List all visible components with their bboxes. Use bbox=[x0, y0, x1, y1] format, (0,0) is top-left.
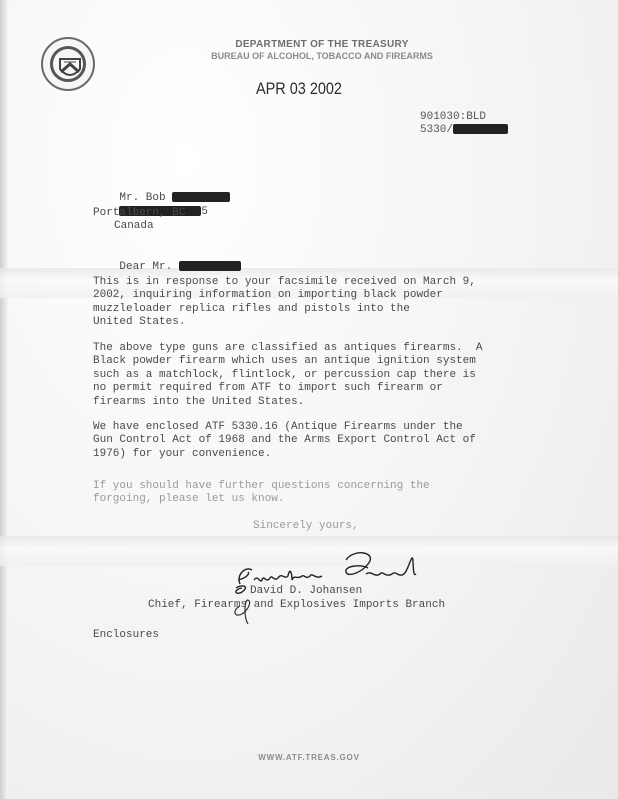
reference-file-prefix: 5330/ bbox=[420, 124, 453, 136]
recipient-city: Portalbern, BC bbox=[93, 207, 185, 219]
footer-url: WWW.ATF.TREAS.GOV bbox=[0, 753, 618, 762]
salutation-text: Dear Mr. bbox=[119, 261, 178, 273]
paragraph-classification: The above type guns are classified as an… bbox=[93, 342, 482, 409]
letter-page: DEPARTMENT OF THE TREASURY BUREAU OF ALC… bbox=[0, 0, 618, 799]
paragraph-response: This is in response to your facsimile re… bbox=[93, 276, 476, 330]
department-heading: DEPARTMENT OF THE TREASURY bbox=[0, 39, 618, 50]
recipient-country: Canada bbox=[114, 220, 154, 232]
date-stamp: APR 03 2002 bbox=[256, 79, 342, 99]
signer-title: Chief, Firearms and Explosives Imports B… bbox=[148, 599, 445, 611]
recipient-street-text: 5 bbox=[201, 206, 208, 218]
paragraph-further-questions: If you should have further questions con… bbox=[93, 480, 430, 507]
bureau-heading: BUREAU OF ALCOHOL, TOBACCO AND FIREARMS bbox=[0, 51, 618, 61]
enclosures-label: Enclosures bbox=[93, 629, 159, 641]
paragraph-enclosure: We have enclosed ATF 5330.16 (Antique Fi… bbox=[93, 421, 476, 461]
reference-file: 5330/ bbox=[420, 124, 508, 136]
page-edge-shadow bbox=[0, 0, 8, 799]
reference-code: 901030:BLD bbox=[420, 111, 486, 123]
redaction-mark bbox=[179, 261, 241, 271]
closing: Sincerely yours, bbox=[253, 520, 359, 532]
signer-name: David D. Johansen bbox=[250, 585, 362, 597]
redaction-mark bbox=[453, 124, 508, 134]
